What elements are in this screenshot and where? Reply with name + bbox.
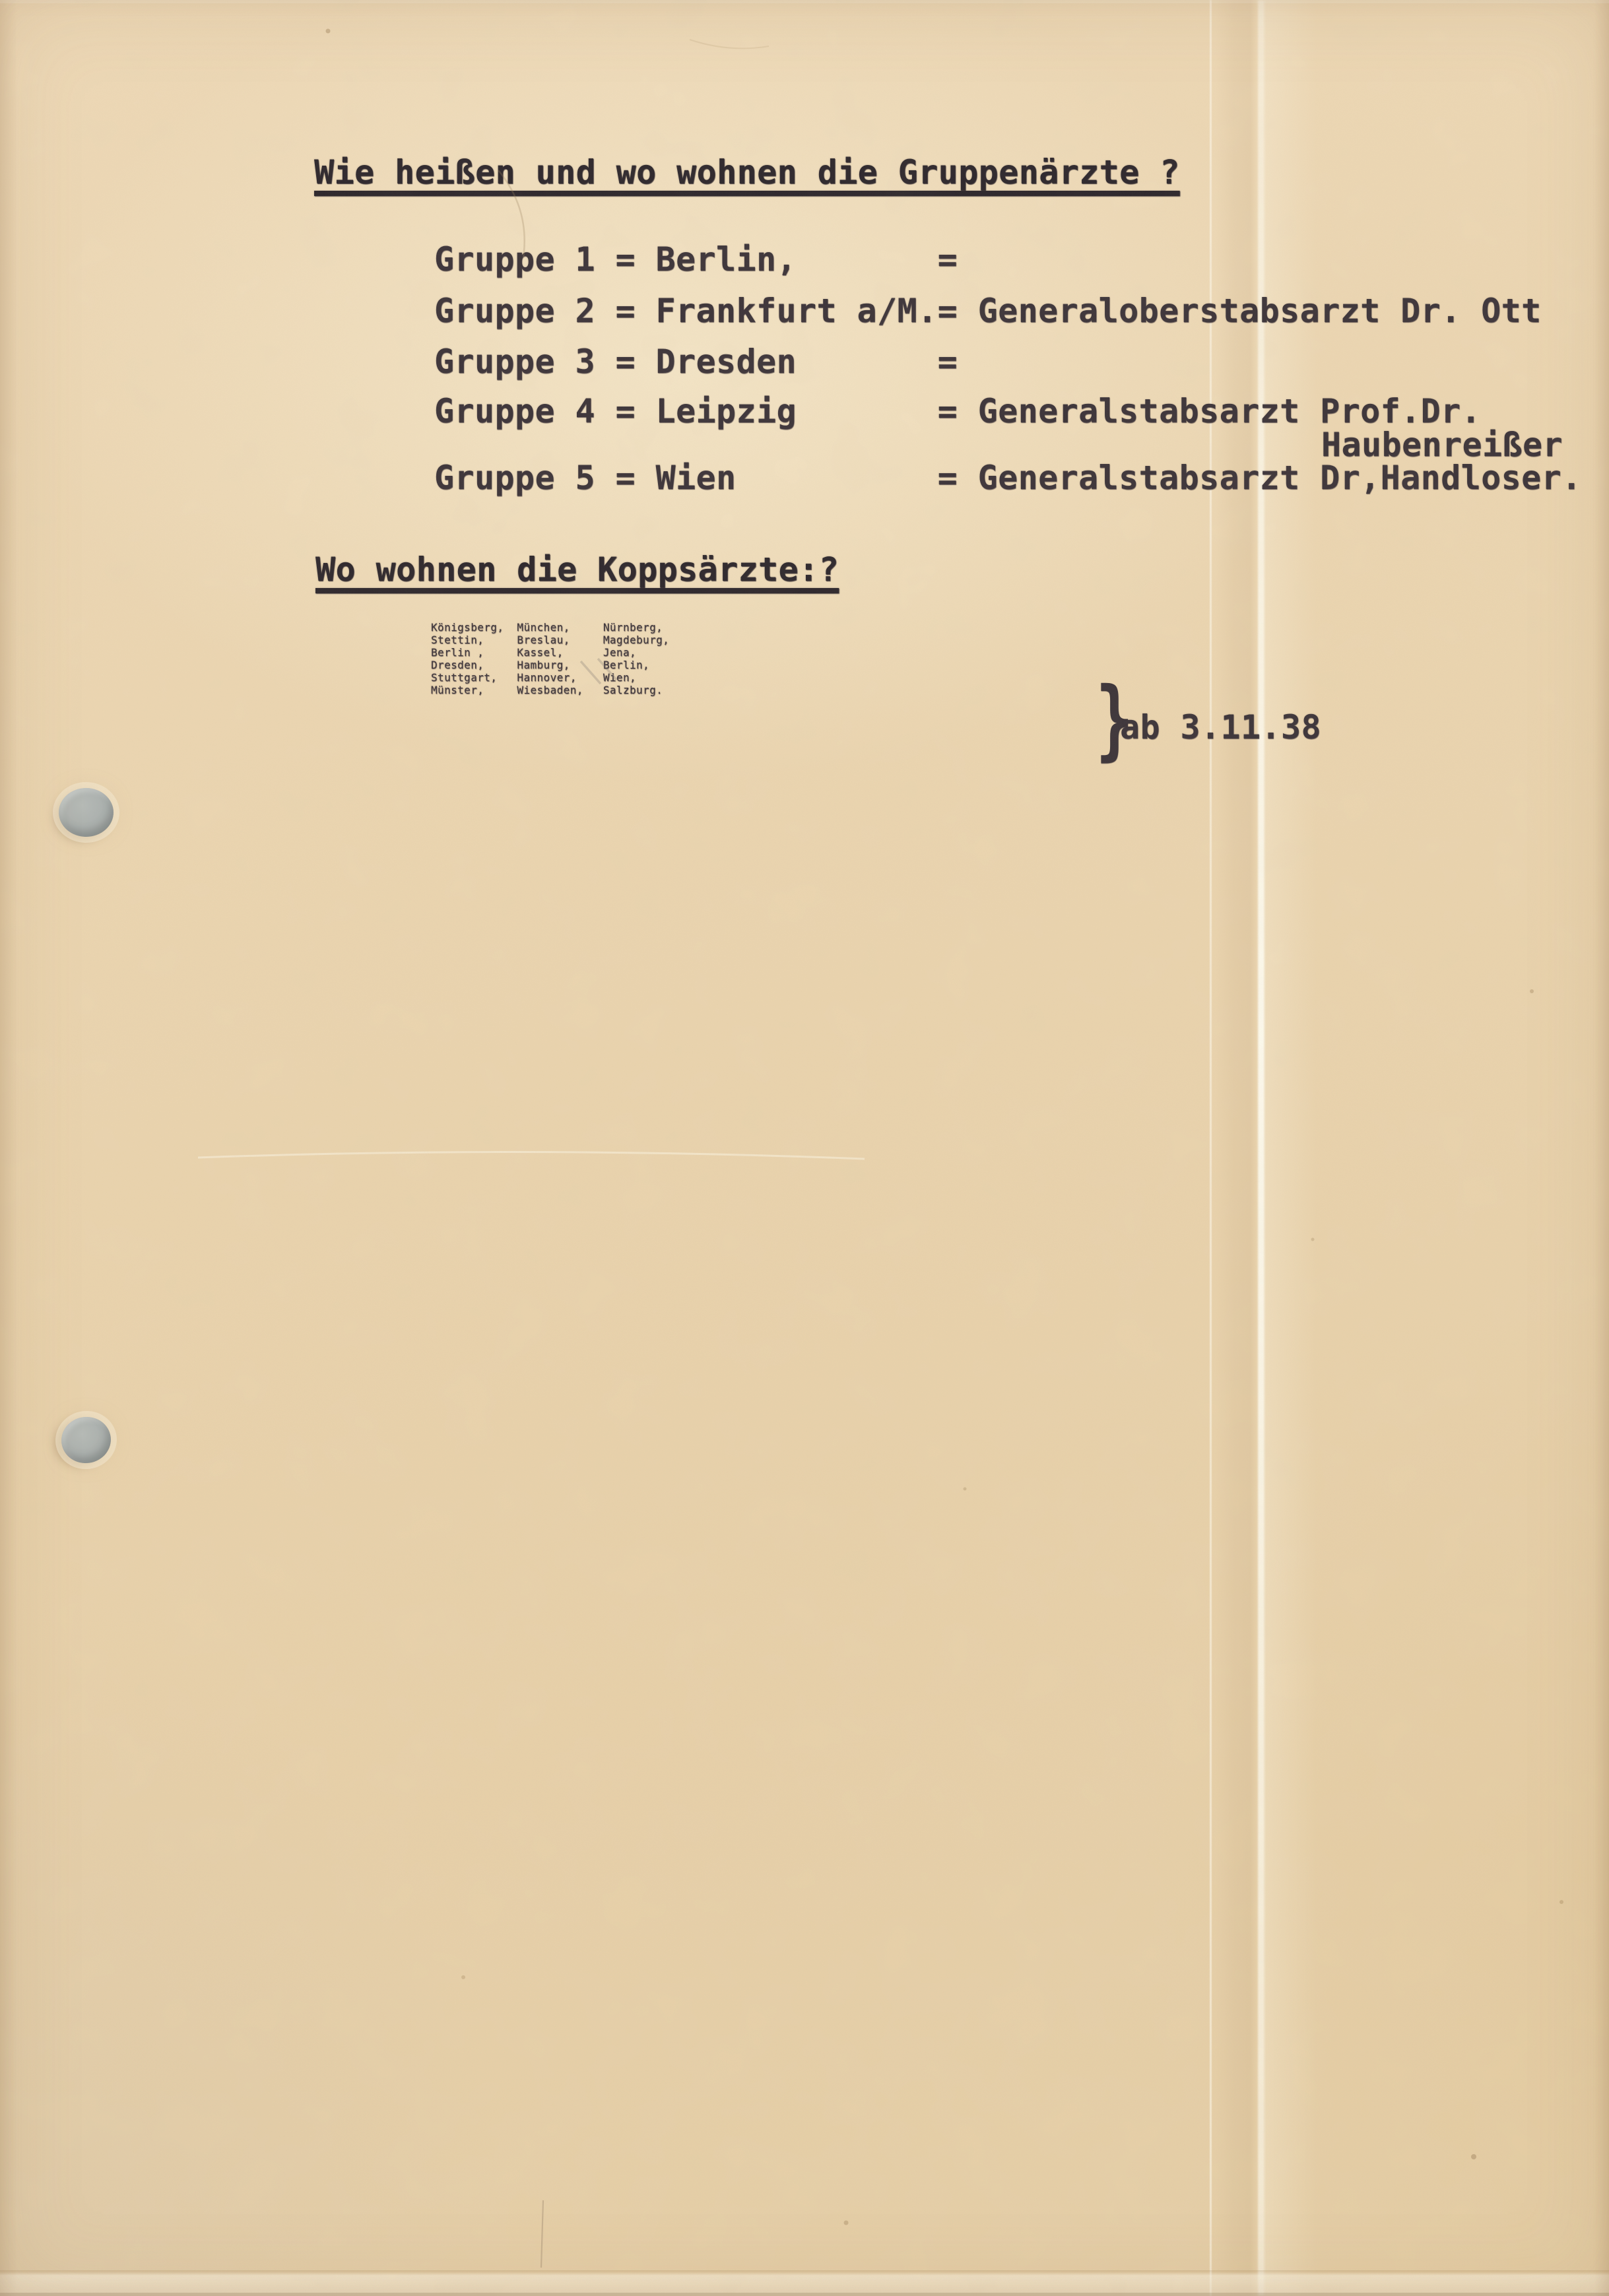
heading-gruppenaerzte: Wie heißen und wo wohnen die Gruppenärzt… xyxy=(314,156,1180,189)
paper-edge-top xyxy=(0,0,1609,3)
paper-edge-bottom xyxy=(0,2293,1609,2296)
group-line-4-continuation: Haubenreißer xyxy=(1321,428,1563,461)
group-line-4: Gruppe 4 = Leipzig = Generalstabsarzt Pr… xyxy=(434,395,1481,428)
vertical-fold-shading xyxy=(1216,0,1257,2296)
punch-hole-bottom xyxy=(58,1414,114,1466)
paper-edge-right xyxy=(1594,0,1609,2296)
city-grid: Königsberg, München, Nürnberg, Stettin, … xyxy=(431,621,669,696)
vertical-crease-line xyxy=(1210,0,1212,2296)
punch-hole-top xyxy=(59,788,114,837)
fold-light-wash xyxy=(1264,0,1317,2296)
heading-koppsaerzte: Wo wohnen die Koppsärzte:? xyxy=(315,553,839,586)
date-annotation: ab 3.11.38 xyxy=(1120,711,1321,744)
group-line-5: Gruppe 5 = Wien = Generalstabsarzt Dr,Ha… xyxy=(434,461,1582,494)
group-line-2: Gruppe 2 = Frankfurt a/M.= Generaloberst… xyxy=(434,294,1542,327)
group-line-3: Gruppe 3 = Dresden = xyxy=(434,345,958,378)
vertical-fold-highlight xyxy=(1258,0,1264,2296)
scanned-document-page: Wie heißen und wo wohnen die Gruppenärzt… xyxy=(0,0,1609,2296)
group-line-1: Gruppe 1 = Berlin, = xyxy=(434,243,958,276)
paper-edge-left xyxy=(0,0,17,2296)
